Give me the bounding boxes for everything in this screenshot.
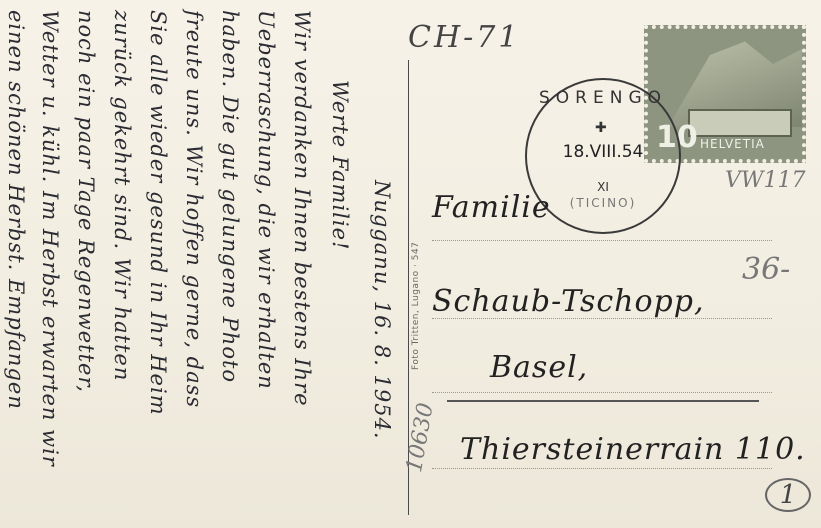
- message-line: noch ein paar Tage Regenwetter,: [74, 10, 98, 393]
- publisher-imprint: Foto Tritten, Lugano · 547: [411, 242, 421, 370]
- address-rule: [432, 468, 772, 469]
- pencil-note-ref: VW117: [725, 168, 806, 193]
- swiss-cross-icon: ✚: [595, 120, 607, 136]
- pencil-note-price: 36-: [742, 252, 790, 287]
- handwritten-message: Nugganu, 16. 8. 1954. Werte Familie! Wir…: [0, 0, 400, 528]
- message-line: Sie alle wieder gesund in Ihr Heim: [146, 10, 170, 416]
- address-line-4: Thiersteinerrain 110.: [460, 432, 806, 467]
- address-line-1: Familie: [432, 190, 551, 225]
- train-illustration: [688, 109, 792, 137]
- address-underline: [447, 400, 759, 402]
- address-rule: [432, 240, 772, 241]
- pencil-note-top: CH-71: [408, 20, 520, 55]
- address-rule: [432, 318, 772, 319]
- message-line: freute uns. Wir hoffen gerne, dass: [182, 10, 206, 408]
- message-place-date: Nugganu, 16. 8. 1954.: [370, 180, 394, 440]
- address-rule: [432, 392, 772, 393]
- pencil-note-circled: 1: [765, 478, 811, 512]
- message-line: Wir verdanken Ihnen bestens Ihre: [290, 10, 314, 407]
- postmark-date: 18.VIII.54: [527, 142, 679, 162]
- message-line: Ueberraschung, die wir erhalten: [254, 10, 278, 390]
- message-greeting: Werte Familie!: [328, 80, 352, 250]
- postmark-town: SORENGO: [527, 88, 679, 108]
- message-line: haben. Die gut gelungene Photo: [218, 10, 242, 383]
- stamp-country: HELVETIA: [700, 137, 765, 151]
- address-line-3: Basel,: [490, 350, 588, 385]
- message-line: einen schönen Herbst. Empfangen: [4, 10, 28, 410]
- address-line-2: Schaub-Tschopp,: [432, 284, 705, 319]
- postcard: Nugganu, 16. 8. 1954. Werte Familie! Wir…: [0, 0, 821, 528]
- message-line: zurück gekehrt sind. Wir hatten: [110, 10, 134, 381]
- message-line: Wetter u. kühl. Im Herbst erwarten wir: [38, 10, 62, 467]
